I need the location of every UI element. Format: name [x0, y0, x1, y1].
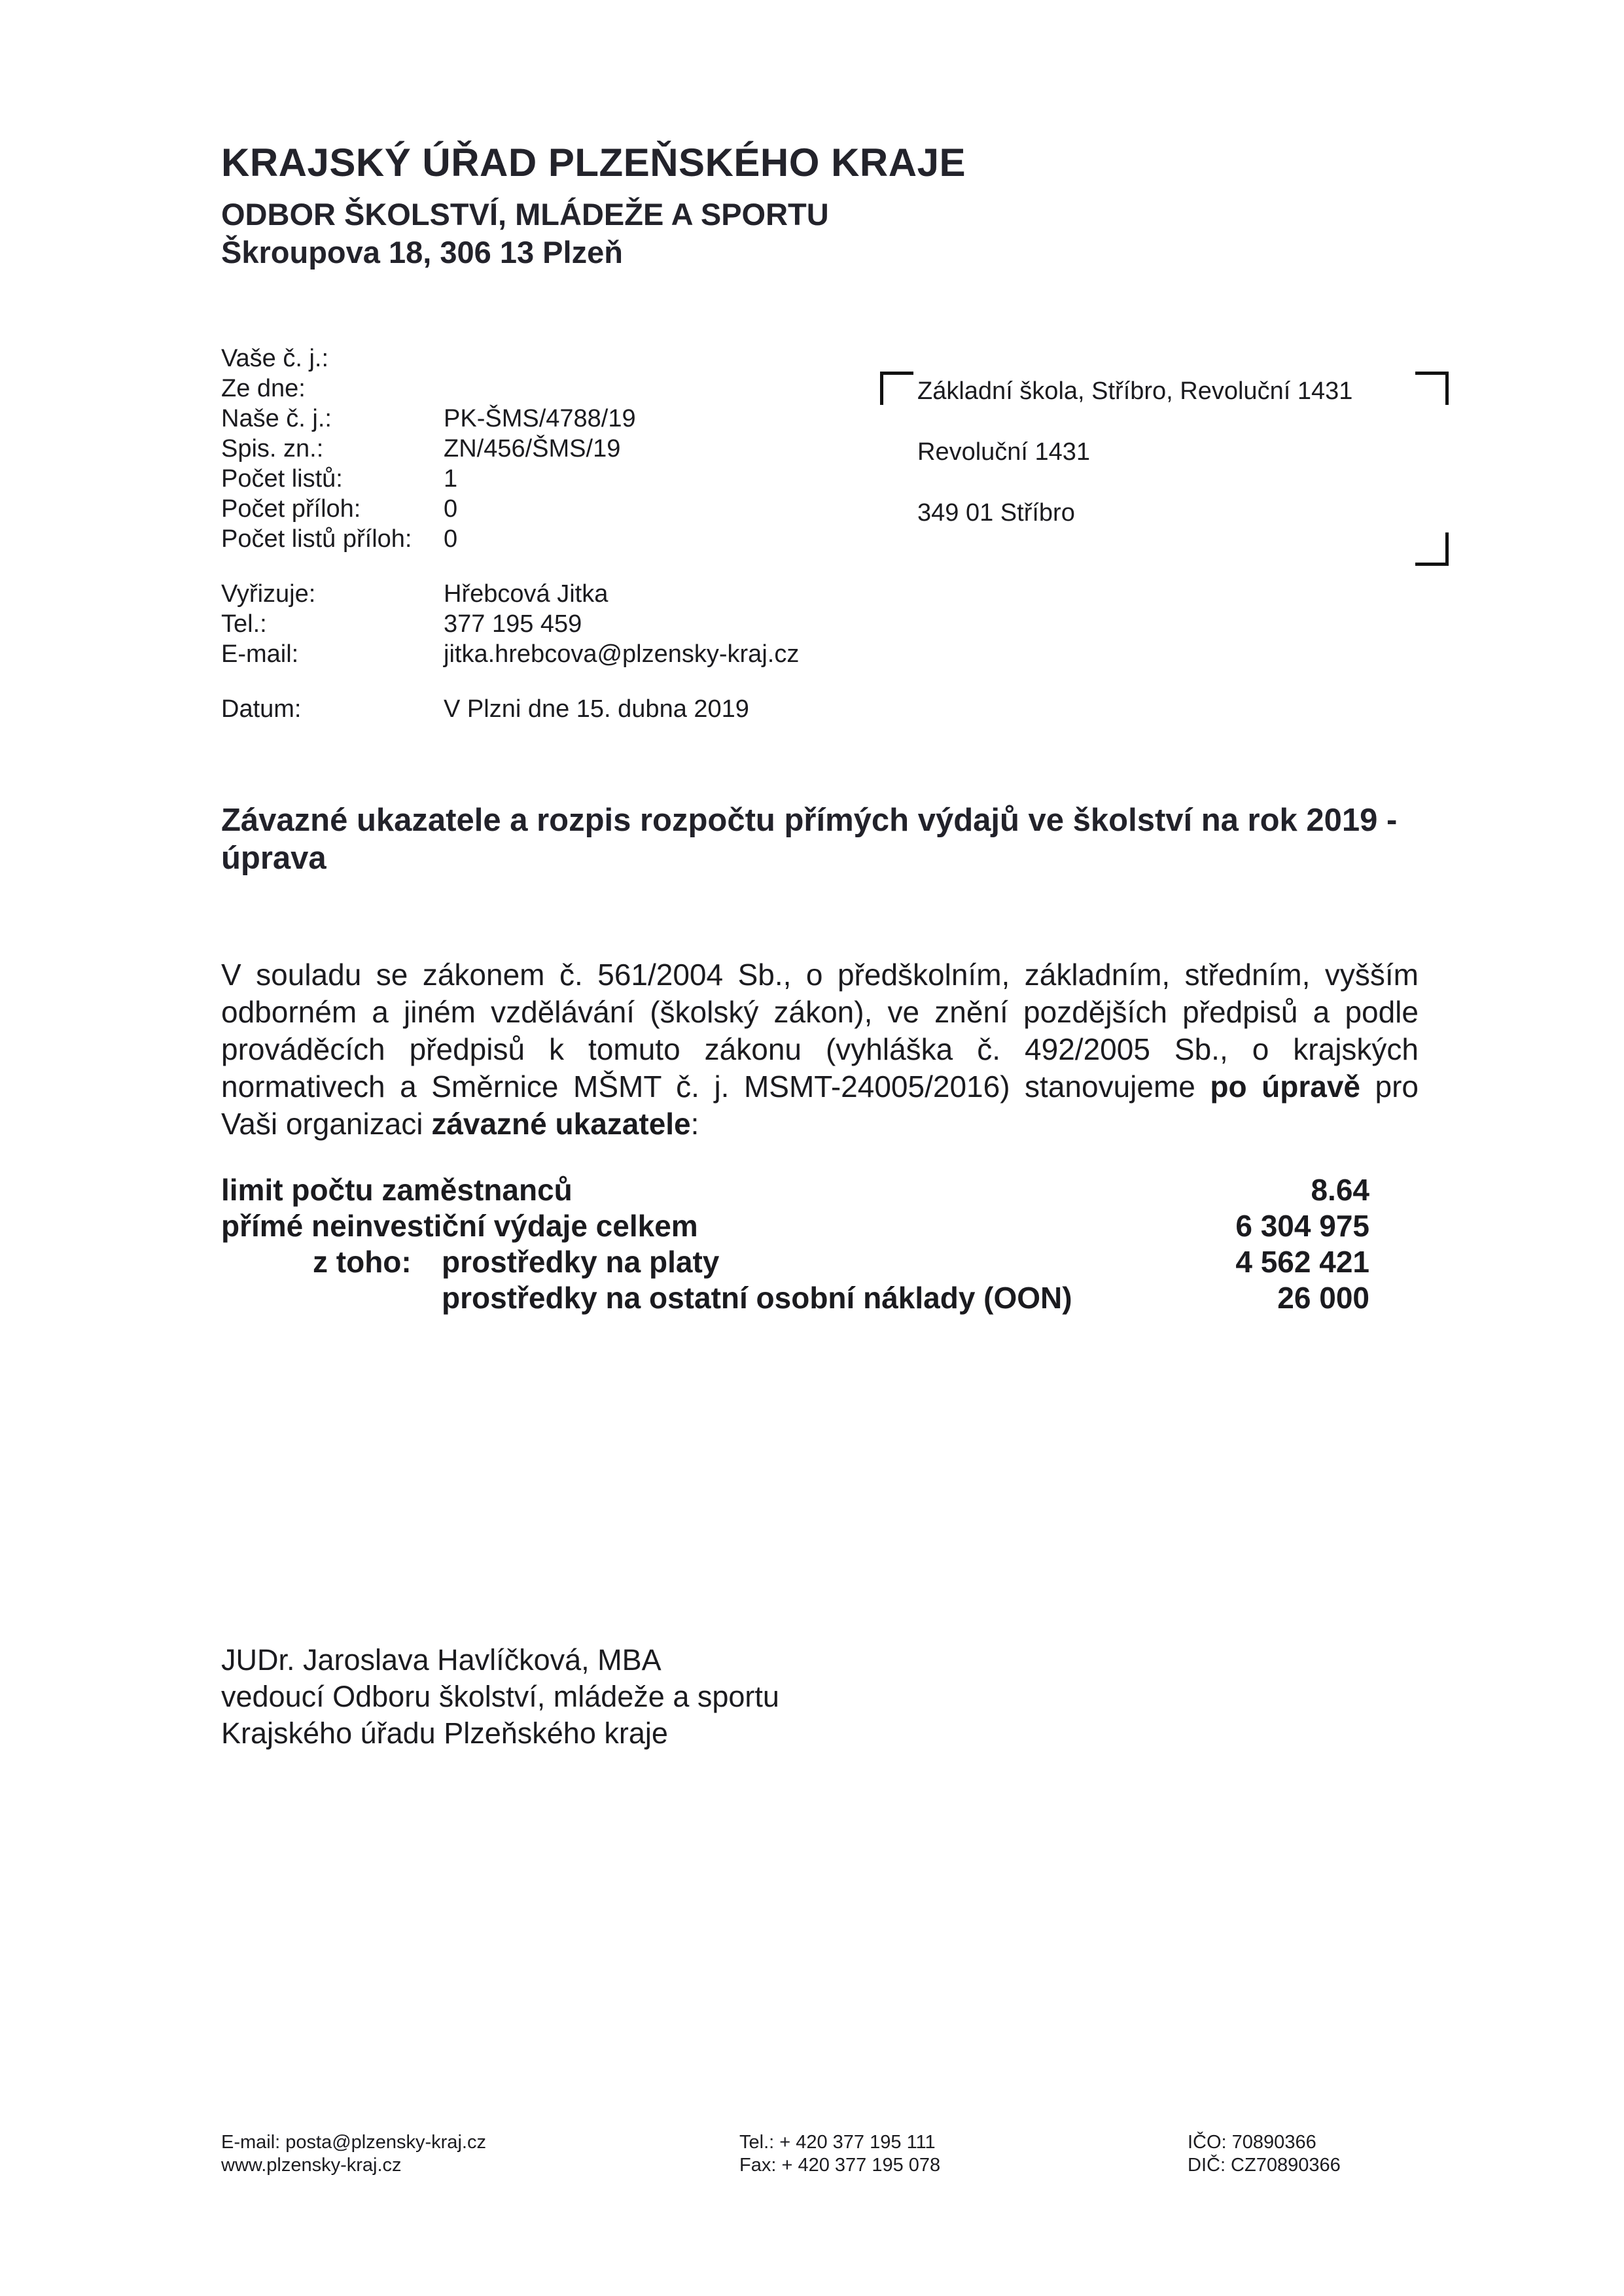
ref-row-file-mark: Spis. zn.: ZN/456/ŠMS/19	[221, 434, 799, 464]
ref-label: Naše č. j.:	[221, 404, 444, 434]
ref-label: Počet listů:	[221, 464, 444, 494]
ref-label: E-mail:	[221, 639, 444, 669]
footer-phone: Tel.: + 420 377 195 111 Fax: + 420 377 1…	[739, 2131, 940, 2177]
ref-row-attachment-count: Počet příloh: 0	[221, 494, 799, 524]
ref-label: Počet příloh:	[221, 494, 444, 524]
footer-email-link[interactable]: E-mail: posta@plzensky-kraj.cz	[221, 2131, 486, 2154]
address-window-corner-top-right	[1415, 372, 1449, 405]
ref-row-phone: Tel.: 377 195 459	[221, 609, 799, 639]
indicator-label: limit počtu zaměstnanců	[221, 1172, 573, 1208]
recipient-address: Základní škola, Stříbro, Revoluční 1431 …	[917, 376, 1352, 559]
signatory-name: JUDr. Jaroslava Havlíčková, MBA	[221, 1642, 779, 1679]
indicator-row-other-personal-costs: prostředky na ostatní osobní náklady (OO…	[221, 1280, 1369, 1316]
signature-block: JUDr. Jaroslava Havlíčková, MBA vedoucí …	[221, 1642, 779, 1752]
ref-label: Ze dne:	[221, 374, 444, 404]
ref-label: Počet listů příloh:	[221, 524, 444, 554]
indicator-row-employee-limit: limit počtu zaměstnanců 8.64	[221, 1172, 1369, 1208]
footer-ico: IČO: 70890366	[1188, 2131, 1341, 2154]
recipient-name: Základní škola, Stříbro, Revoluční 1431	[917, 376, 1352, 407]
body-bold-text: závazné ukazatele	[431, 1107, 690, 1141]
ref-value: 1	[444, 464, 457, 494]
ref-label: Vaše č. j.:	[221, 343, 444, 374]
ref-label: Spis. zn.:	[221, 434, 444, 464]
body-text: :	[691, 1107, 699, 1141]
signatory-office: Krajského úřadu Plzeňského kraje	[221, 1715, 779, 1752]
spacer	[221, 669, 799, 694]
recipient-street: Revoluční 1431	[917, 437, 1352, 468]
ref-row-email: E-mail: jitka.hrebcova@plzensky-kraj.cz	[221, 639, 799, 669]
ref-row-handled-by: Vyřizuje: Hřebcová Jitka	[221, 579, 799, 609]
address-window-corner-bottom-right	[1415, 532, 1449, 566]
ref-row-our-ref: Naše č. j.: PK-ŠMS/4788/19	[221, 404, 799, 434]
ref-value: ZN/456/ŠMS/19	[444, 434, 620, 464]
organization-address: Škroupova 18, 306 13 Plzeň	[221, 234, 623, 270]
organization-title: KRAJSKÝ ÚŘAD PLZEŇSKÉHO KRAJE	[221, 140, 966, 185]
department-title: ODBOR ŠKOLSTVÍ, MLÁDEŽE A SPORTU	[221, 196, 829, 232]
ref-label: Vyřizuje:	[221, 579, 444, 609]
ref-row-date: Datum: V Plzni dne 15. dubna 2019	[221, 694, 799, 724]
ref-value: 0	[444, 494, 457, 524]
contact-name: Hřebcová Jitka	[444, 579, 608, 609]
footer-tel: Tel.: + 420 377 195 111	[739, 2131, 940, 2154]
indicator-row-salaries: z toho: prostředky na platy 4 562 421	[221, 1244, 1369, 1280]
footer-contact: E-mail: posta@plzensky-kraj.cz www.plzen…	[221, 2131, 486, 2177]
signatory-position: vedoucí Odboru školství, mládeže a sport…	[221, 1679, 779, 1715]
of-which-label: z toho:	[313, 1244, 412, 1280]
binding-indicators-table: limit počtu zaměstnanců 8.64 přímé neinv…	[221, 1172, 1369, 1316]
subject-heading: Závazné ukazatele a rozpis rozpočtu přím…	[221, 801, 1419, 877]
ref-row-attachment-sheet-count: Počet listů příloh: 0	[221, 524, 799, 554]
footer-website-link[interactable]: www.plzensky-kraj.cz	[221, 2154, 486, 2177]
document-date: V Plzni dne 15. dubna 2019	[444, 694, 749, 724]
indicator-value: 4 562 421	[1235, 1244, 1369, 1280]
contact-phone: 377 195 459	[444, 609, 582, 639]
body-bold-text: po úpravě	[1210, 1070, 1360, 1104]
footer-ids: IČO: 70890366 DIČ: CZ70890366	[1188, 2131, 1341, 2177]
ref-row-dated: Ze dne:	[221, 374, 799, 404]
body-paragraph: V souladu se zákonem č. 561/2004 Sb., o …	[221, 956, 1419, 1143]
ref-value: 0	[444, 524, 457, 554]
footer-fax: Fax: + 420 377 195 078	[739, 2154, 940, 2177]
indicator-row-direct-expenses: přímé neinvestiční výdaje celkem 6 304 9…	[221, 1208, 1369, 1244]
indicator-value: 26 000	[1277, 1280, 1369, 1316]
ref-label: Tel.:	[221, 609, 444, 639]
reference-block: Vaše č. j.: Ze dne: Naše č. j.: PK-ŠMS/4…	[221, 343, 799, 724]
ref-value: PK-ŠMS/4788/19	[444, 404, 636, 434]
contact-email-link[interactable]: jitka.hrebcova@plzensky-kraj.cz	[444, 639, 799, 669]
indicator-label: prostředky na ostatní osobní náklady (OO…	[442, 1280, 1072, 1316]
spacer	[221, 554, 799, 579]
footer-dic: DIČ: CZ70890366	[1188, 2154, 1341, 2177]
address-window-corner-top-left	[880, 372, 913, 405]
recipient-city: 349 01 Stříbro	[917, 498, 1352, 529]
ref-row-sheet-count: Počet listů: 1	[221, 464, 799, 494]
indicator-value: 6 304 975	[1235, 1208, 1369, 1244]
indicator-label: prostředky na platy	[442, 1244, 719, 1280]
ref-row-your-ref: Vaše č. j.:	[221, 343, 799, 374]
ref-label: Datum:	[221, 694, 444, 724]
indicator-value: 8.64	[1311, 1172, 1369, 1208]
indicator-label: přímé neinvestiční výdaje celkem	[221, 1208, 698, 1244]
